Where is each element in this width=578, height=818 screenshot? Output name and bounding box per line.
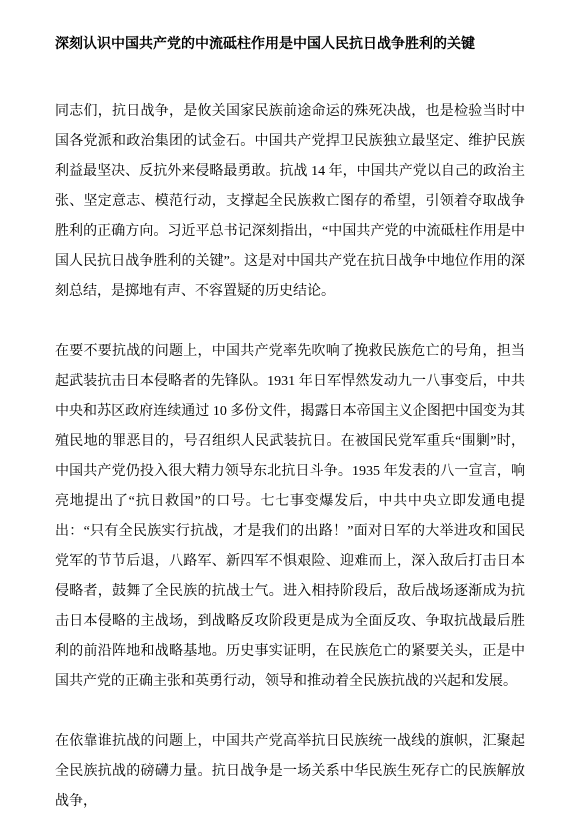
document-page: 深刻认识中国共产党的中流砥柱作用是中国人民抗日战争胜利的关键 同志们，抗日战争，… (0, 0, 578, 818)
paragraph-whether-to-resist: 在要不要抗战的问题上，中国共产党率先吹响了挽救民族危亡的号角，担当起武装抗击日本… (55, 337, 525, 697)
document-title: 深刻认识中国共产党的中流砥柱作用是中国人民抗日战争胜利的关键 (55, 28, 525, 58)
paragraph-intro: 同志们，抗日战争，是攸关国家民族前途命运的殊死决战，也是检验当时中国各党派和政治… (55, 97, 525, 307)
paragraph-who-to-rely-on: 在依靠谁抗战的问题上，中国共产党高举抗日民族统一战线的旗帜，汇聚起全民族抗战的磅… (55, 727, 525, 817)
